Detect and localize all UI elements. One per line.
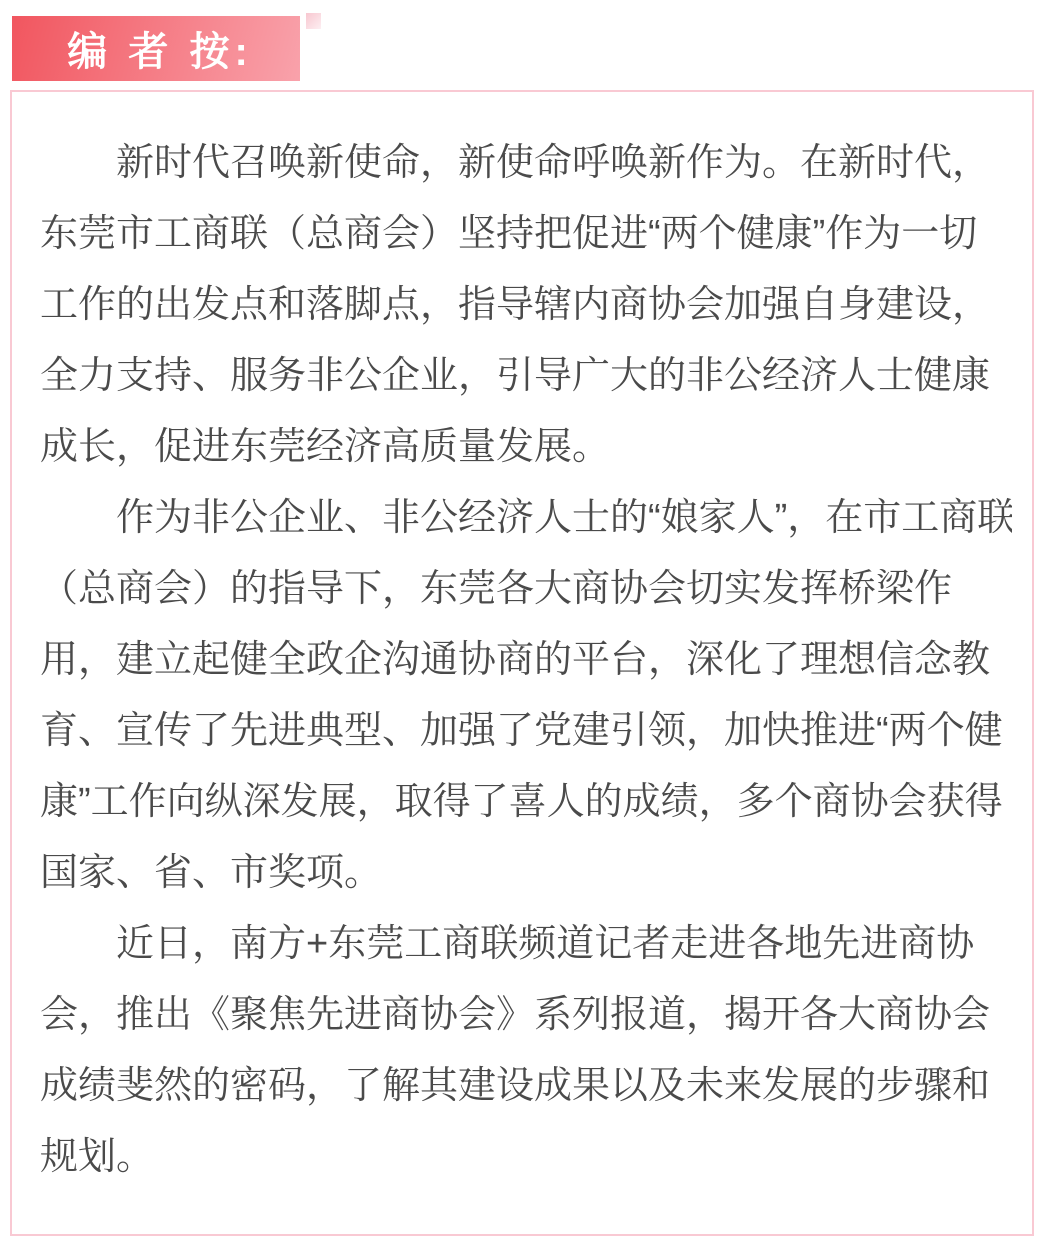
article-line: 国家、省、市奖项。 [40, 838, 1012, 909]
article-line: 成长，促进东莞经济高质量发展。 [40, 412, 1012, 483]
article-line: 全力支持、服务非公企业，引导广大的非公经济人士健康 [40, 341, 1012, 412]
article-line: 东莞市工商联（总商会）坚持把促进“两个健康”作为一切 [40, 199, 1012, 270]
article-line: 近日，南方+东莞工商联频道记者走进各地先进商协 [40, 909, 1012, 980]
editor-note-banner-title: 编 者 按: [67, 20, 253, 77]
article-line: （总商会）的指导下，东莞各大商协会切实发挥桥梁作 [40, 554, 1012, 625]
article-line: 作为非公企业、非公经济人士的“娘家人”，在市工商联 [40, 483, 1012, 554]
editor-note-banner: 编 者 按: [12, 16, 300, 81]
article-line: 康”工作向纵深发展，取得了喜人的成绩，多个商协会获得 [40, 767, 1012, 838]
article-line: 成绩斐然的密码，了解其建设成果以及未来发展的步骤和 [40, 1051, 1012, 1122]
article-line: 新时代召唤新使命，新使命呼唤新作为。在新时代， [40, 128, 1012, 199]
article-box: 新时代召唤新使命，新使命呼唤新作为。在新时代，东莞市工商联（总商会）坚持把促进“… [10, 90, 1034, 1236]
article-line: 工作的出发点和落脚点，指导辖内商协会加强自身建设， [40, 270, 1012, 341]
article-line: 育、宣传了先进典型、加强了党建引领，加快推进“两个健 [40, 696, 1012, 767]
page: { "page": { "background": "#ffffff" }, "… [0, 0, 1050, 1250]
article-line: 用，建立起健全政企沟通协商的平台，深化了理想信念教 [40, 625, 1012, 696]
article-body: 新时代召唤新使命，新使命呼唤新作为。在新时代，东莞市工商联（总商会）坚持把促进“… [40, 128, 1012, 1193]
accent-square-decoration [306, 13, 321, 29]
article-line: 规划。 [40, 1122, 1012, 1193]
article-line: 会，推出《聚焦先进商协会》系列报道，揭开各大商协会 [40, 980, 1012, 1051]
